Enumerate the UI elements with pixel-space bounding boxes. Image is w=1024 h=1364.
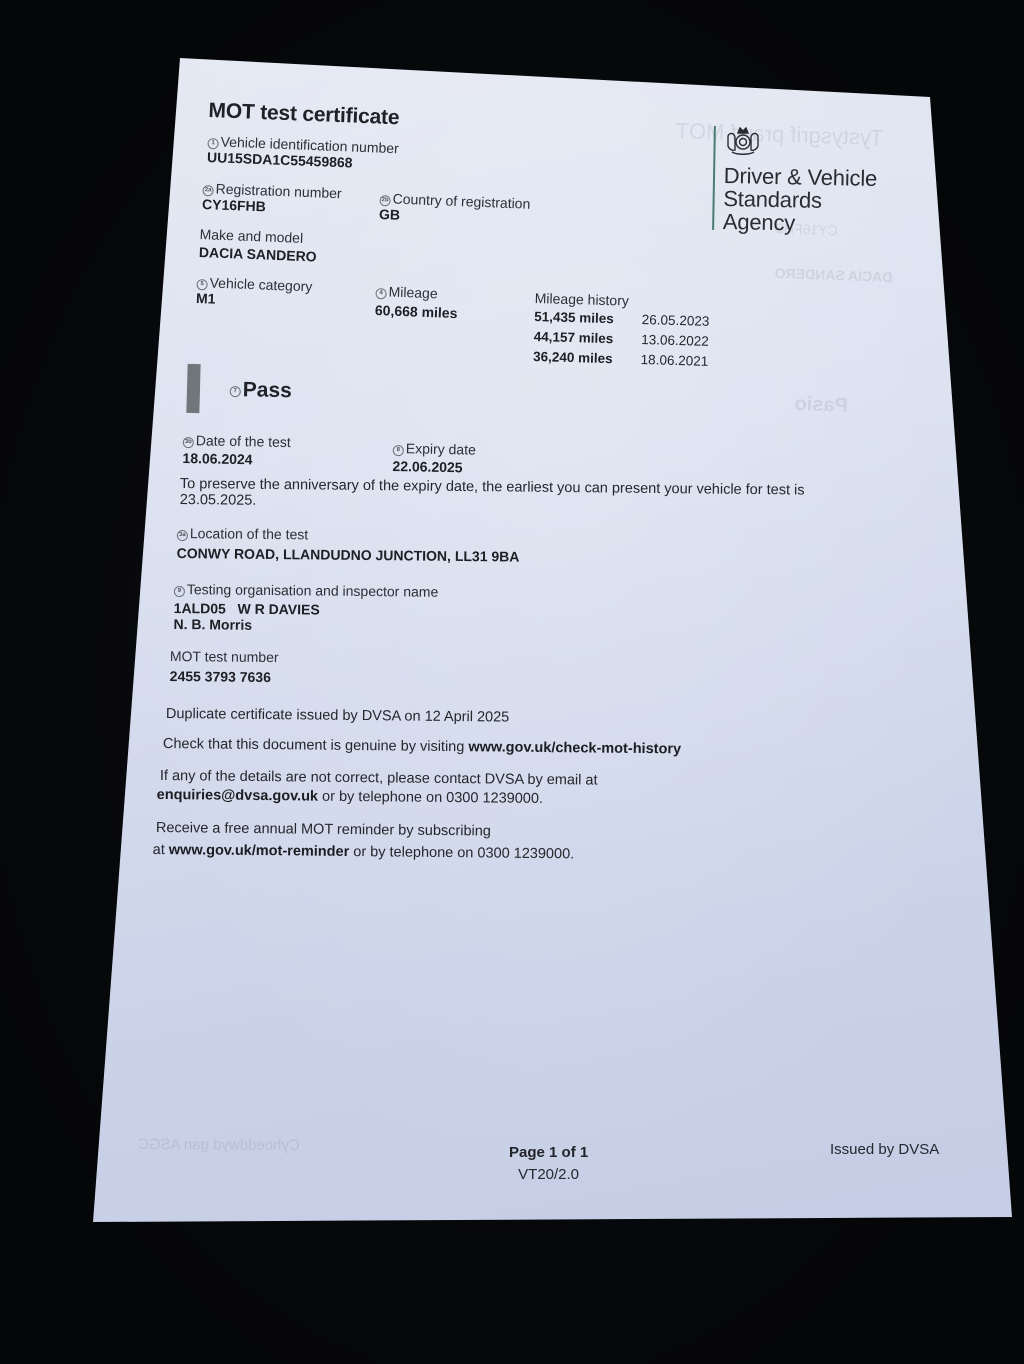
page-footer: Page 1 of 1 VT20/2.0 [509,1144,588,1183]
make-model-label: Make and model [199,226,317,247]
field-marker-icon: 3a [177,530,188,541]
royal-coat-of-arms-icon [722,124,764,158]
reminder-note-line-1: Receive a free annual MOT reminder by su… [156,820,575,840]
expiry-date-field: 8Expiry date 22.06.2025 [392,440,476,476]
contact-email-link[interactable]: enquiries@dvsa.gov.uk [157,787,319,805]
mileage-history-table: 51,435 miles26.05.202344,157 miles13.06.… [533,307,710,372]
inspector-name: N. B. Morris [173,616,438,635]
expiry-date-label: Expiry date [406,440,476,457]
field-marker-icon: 4 [375,288,386,299]
testing-organisation-label: Testing organisation and inspector name [187,581,439,600]
mileage-value: 60,668 miles [375,302,458,321]
location-field: 3aLocation of the test CONWY ROAD, LLAND… [177,525,520,565]
vehicle-category-field: 5Vehicle category M1 [196,274,313,310]
reminder-note: Receive a free annual MOT reminder by su… [156,820,575,862]
result-label: Pass [243,378,292,402]
reminder-phone-text: or by telephone on 0300 1239000. [349,844,574,862]
mileage-field: 4Mileage 60,668 miles [375,283,459,321]
field-marker-icon: 9 [174,586,185,597]
contact-note: If any of the details are not correct, p… [160,768,598,808]
field-marker-icon: 7 [230,386,241,397]
expiry-date-value: 22.06.2025 [392,458,475,476]
result-status: 7Pass [230,378,292,403]
result-status-bar [186,364,200,413]
field-marker-icon: 2b [379,195,390,206]
test-number-label: MOT test number [170,648,279,665]
page-number: Page 1 of 1 [509,1144,588,1161]
location-label: Location of the test [190,525,308,542]
history-date: 26.05.2023 [642,310,710,332]
field-marker-icon: 5 [196,279,207,290]
registration-field: 2aRegistration number CY16FHB [202,180,342,217]
anniversary-note: To preserve the anniversary of the expir… [180,476,805,515]
country-field: 2bCountry of registration GB [379,190,531,228]
test-date-value: 18.06.2024 [182,450,290,468]
show-through-footer: Cyhoeddwyd gan ASGC [138,1136,300,1154]
ghost-text: Pasio [794,393,848,418]
history-miles: 36,240 miles [533,347,641,370]
show-through-pass: Pasio [794,393,848,418]
test-date-label: Date of the test [196,432,291,450]
logo-line-3: Agency [723,210,877,236]
make-model-field: Make and model DACIA SANDERO [199,226,318,264]
form-code: VT20/2.0 [509,1166,588,1183]
test-number-field: MOT test number 2455 3793 7636 [170,648,279,685]
field-marker-icon: 3b [183,437,194,448]
mileage-label: Mileage [388,283,438,301]
history-date: 18.06.2021 [640,350,708,372]
field-marker-icon: 2a [202,185,213,196]
contact-phone-text: or by telephone on 0300 1239000. [318,789,543,807]
organisation-name: W R DAVIES [237,601,319,618]
issued-by: Issued by DVSA [830,1141,939,1158]
test-date-field: 3bDate of the test 18.06.2024 [182,432,291,468]
contact-note-line-1: If any of the details are not correct, p… [160,768,598,789]
field-marker-icon: 8 [393,445,404,456]
agency-logo-text: Driver & Vehicle Standards Agency [723,164,878,236]
reminder-prefix: at [153,842,169,858]
testing-organisation-field: 9Testing organisation and inspector name… [173,581,438,635]
field-marker-icon: 1 [207,138,218,149]
history-date: 13.06.2022 [641,330,709,352]
org-code: 1ALD05 [174,600,226,617]
check-genuine-text: Check that this document is genuine by v… [163,736,469,755]
mileage-history: Mileage history 51,435 miles26.05.202344… [533,290,710,372]
ghost-text: Cyhoeddwyd gan ASGC [138,1136,300,1154]
check-mot-history-link[interactable]: www.gov.uk/check-mot-history [468,739,681,757]
mot-reminder-link[interactable]: www.gov.uk/mot-reminder [169,842,350,860]
test-number-value: 2455 3793 7636 [170,668,279,685]
